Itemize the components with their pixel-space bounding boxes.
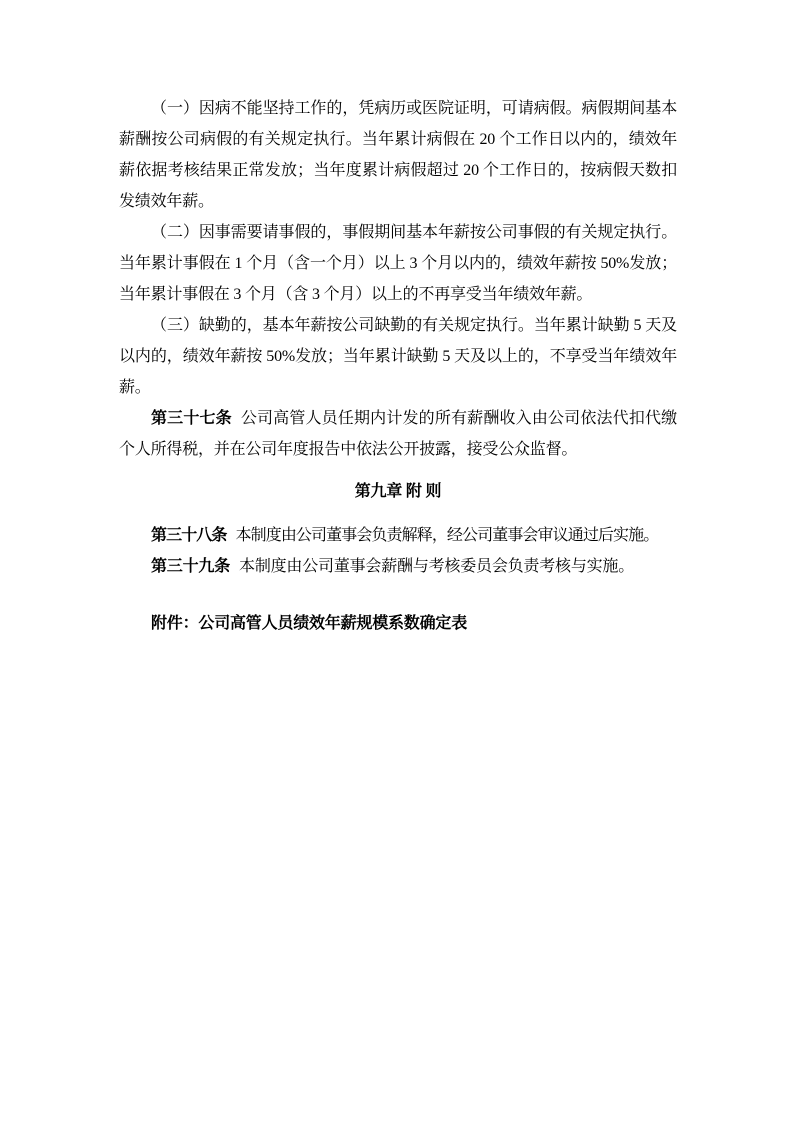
article-39-text: 本制度由公司董事会薪酬与考核委员会负责考核与实施。 (239, 558, 634, 575)
article-37-label: 第三十七条 (151, 410, 232, 427)
article-38-label: 第三十八条 (151, 527, 227, 544)
paragraph-personal-leave: （二）因事需要请事假的，事假期间基本年薪按公司事假的有关规定执行。当年累计事假在… (119, 217, 677, 310)
article-39-label: 第三十九条 (151, 558, 230, 575)
paragraph-article-38: 第三十八条本制度由公司董事会负责解释，经公司董事会审议通过后实施。 (119, 520, 677, 551)
article-38-text: 本制度由公司董事会负责解释，经公司董事会审议通过后实施。 (236, 527, 659, 544)
chapter-9-heading: 第九章 附 则 (119, 476, 677, 507)
paragraph-article-39: 第三十九条本制度由公司董事会薪酬与考核委员会负责考核与实施。 (119, 551, 677, 582)
document-content: （一）因病不能坚持工作的，凭病历或医院证明，可请病假。病假期间基本薪酬按公司病假… (119, 93, 677, 639)
paragraph-article-37: 第三十七条公司高管人员任期内计发的所有薪酬收入由公司依法代扣代缴个人所得税，并在… (119, 403, 677, 465)
attachment-title: 附件：公司高管人员绩效年薪规模系数确定表 (119, 608, 677, 639)
paragraph-sick-leave: （一）因病不能坚持工作的，凭病历或医院证明，可请病假。病假期间基本薪酬按公司病假… (119, 93, 677, 217)
document-page: （一）因病不能坚持工作的，凭病历或医院证明，可请病假。病假期间基本薪酬按公司病假… (0, 0, 793, 1122)
paragraph-absence: （三）缺勤的，基本年薪按公司缺勤的有关规定执行。当年累计缺勤 5 天及以内的，绩… (119, 310, 677, 403)
